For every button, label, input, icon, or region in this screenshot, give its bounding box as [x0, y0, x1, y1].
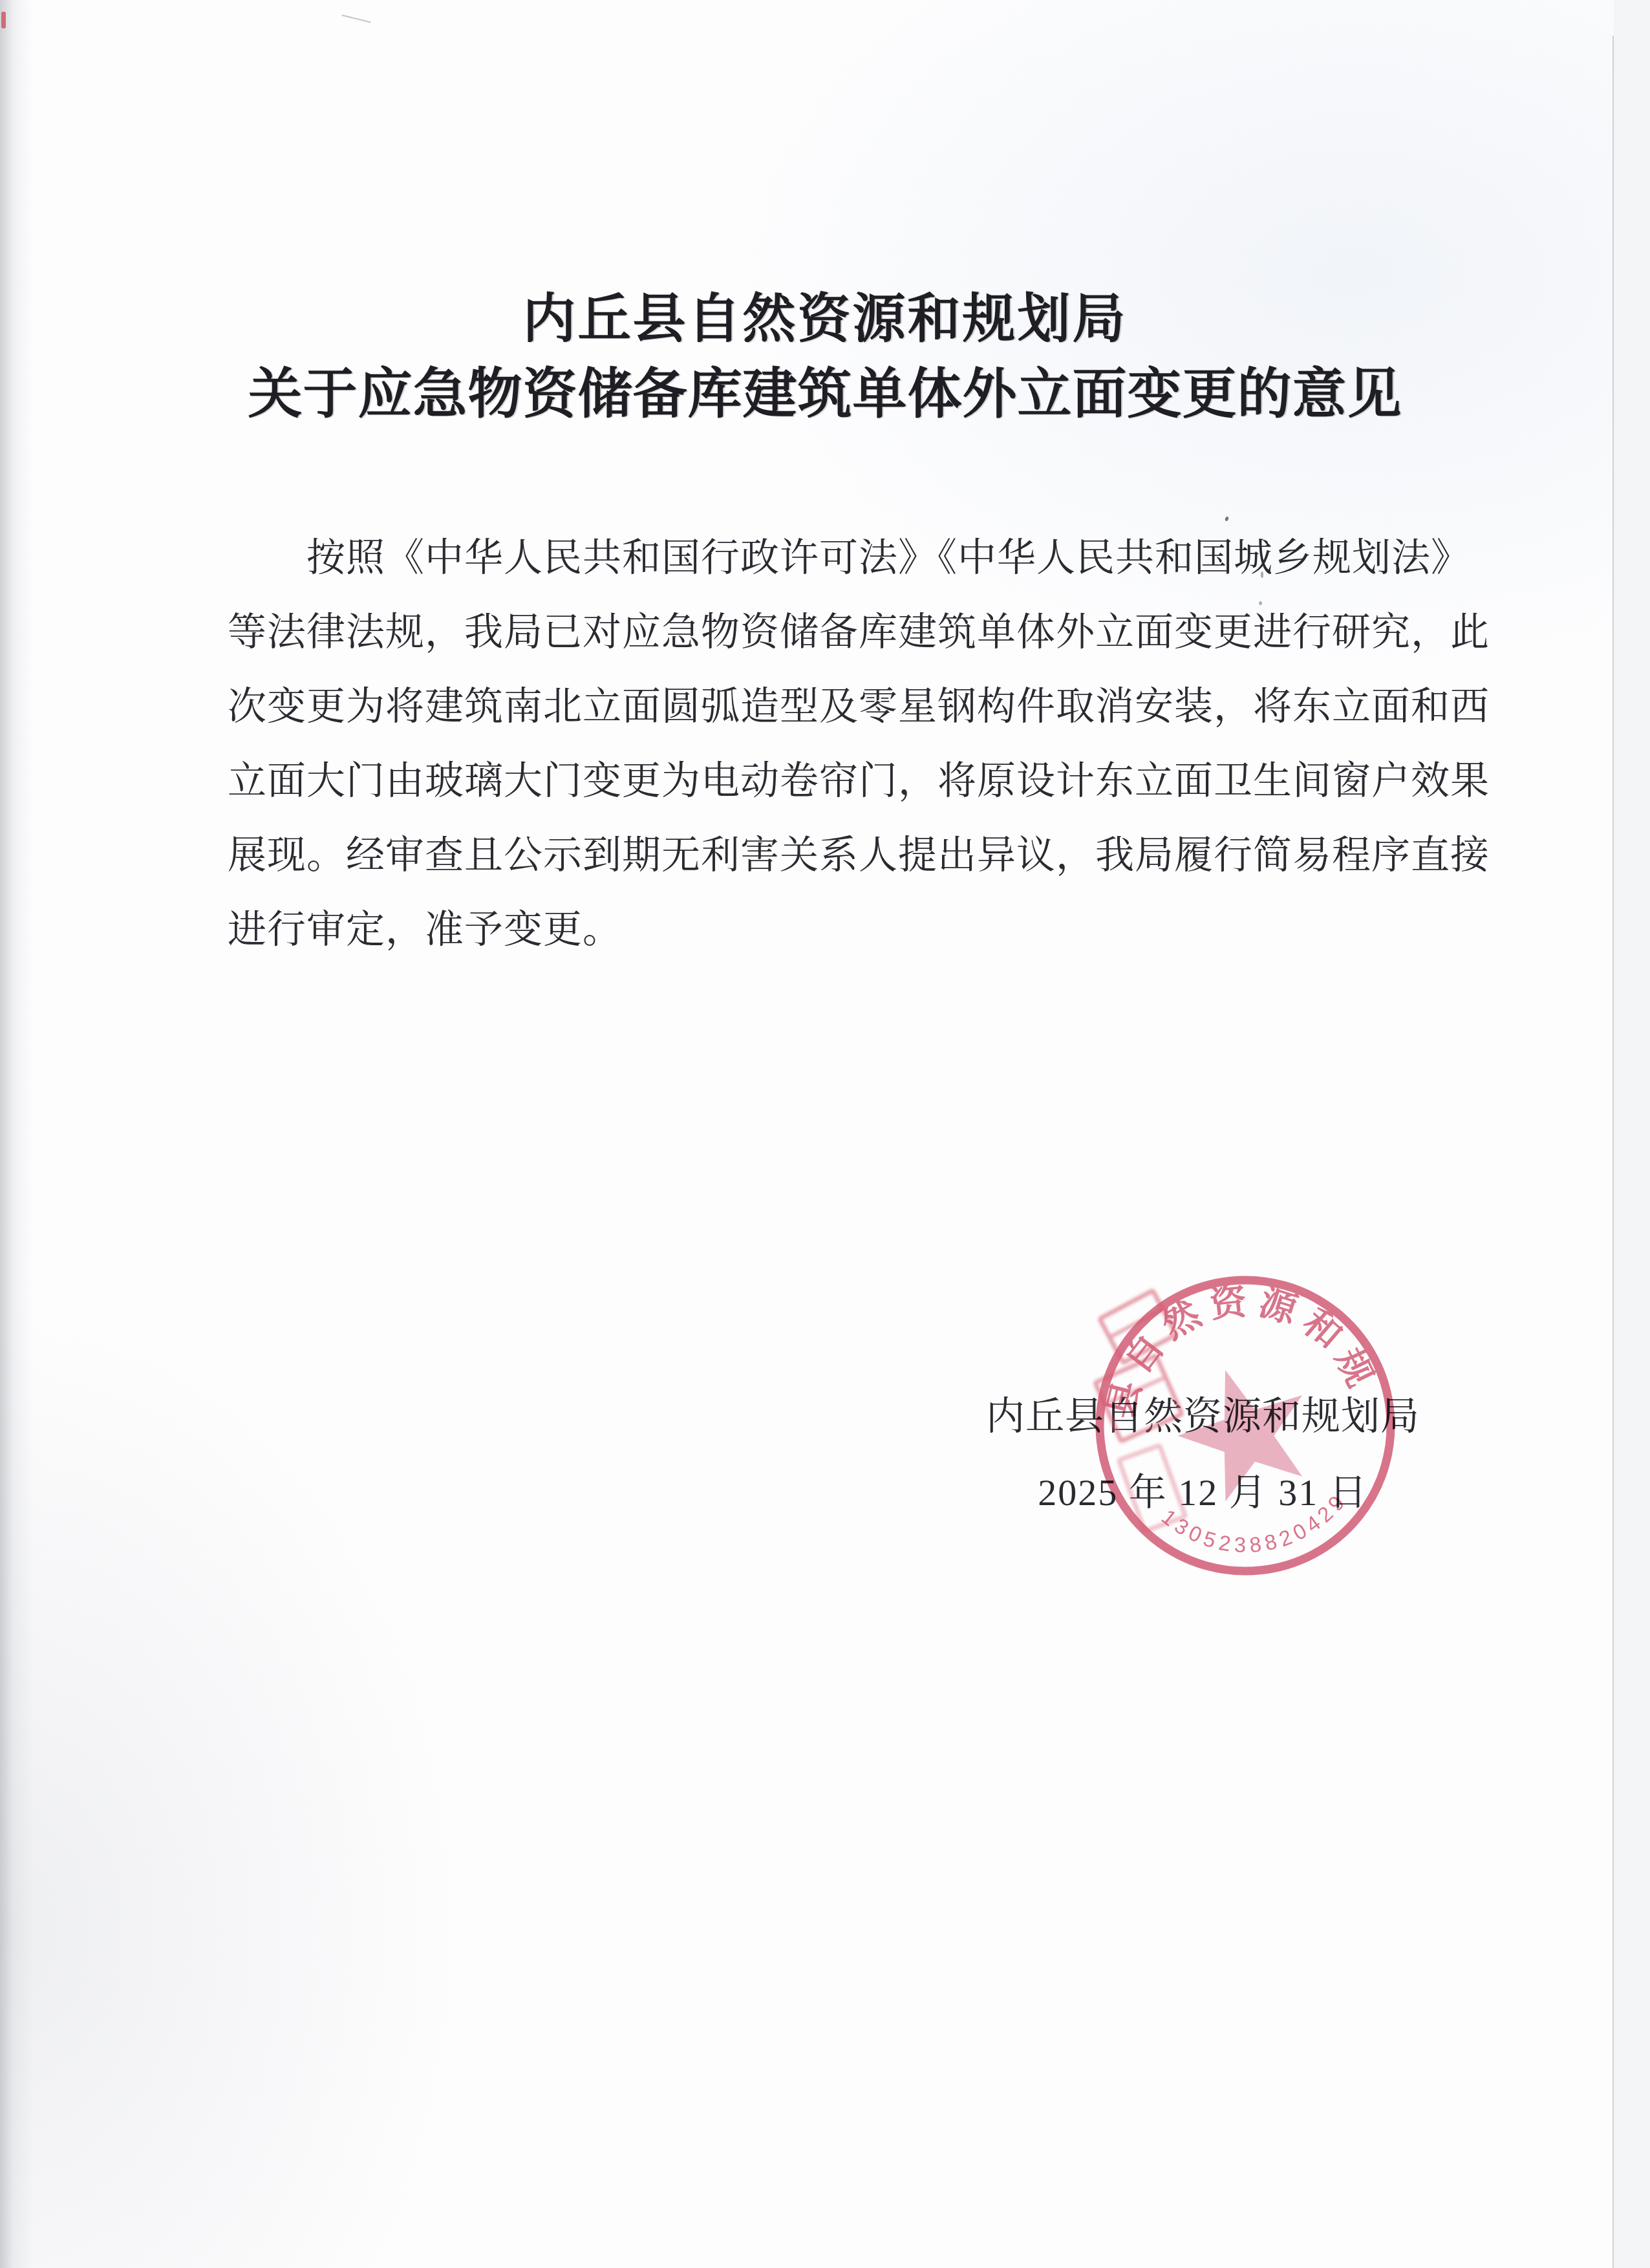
body-line: 展现。经审查且公示到期无利害关系人提出异议，我局履行简易程序直接: [228, 818, 1419, 893]
pencil-scratch-mark: [341, 14, 370, 23]
body-line: 立面大门由玻璃大门变更为电动卷帘门，将原设计东立面卫生间窗户效果: [228, 744, 1419, 818]
scanned-document-page: { "document": { "title_line1": "内丘县自然资源和…: [0, 0, 1650, 2268]
red-ink-fleck: [1, 12, 6, 28]
seal-ink-smudge: [1097, 1287, 1179, 1365]
title-org-line: 内丘县自然资源和规划局: [0, 282, 1650, 357]
body-line: 按照《中华人民共和国行政许可法》《中华人民共和国城乡规划法》: [228, 521, 1419, 595]
signature-block: 内丘县自然资源和规划局 2025 年 12 月 31 日: [986, 1378, 1420, 1531]
body-line: 次变更为将建筑南北立面圆弧造型及零星钢构件取消安装，将东立面和西: [228, 670, 1419, 744]
title-subject-line: 关于应急物资储备库建筑单体外立面变更的意见: [0, 357, 1650, 433]
body-line: 进行审定，准予变更。: [228, 893, 1419, 967]
document-title: 内丘县自然资源和规划局 关于应急物资储备库建筑单体外立面变更的意见: [0, 282, 1650, 433]
signature-organization: 内丘县自然资源和规划局: [986, 1378, 1420, 1455]
signature-date: 2025 年 12 月 31 日: [986, 1455, 1420, 1531]
document-body: 按照《中华人民共和国行政许可法》《中华人民共和国城乡规划法》 等法律法规，我局已…: [228, 521, 1419, 967]
body-line: 等法律法规，我局已对应急物资储备库建筑单体外立面变更进行研究，此: [228, 595, 1419, 670]
